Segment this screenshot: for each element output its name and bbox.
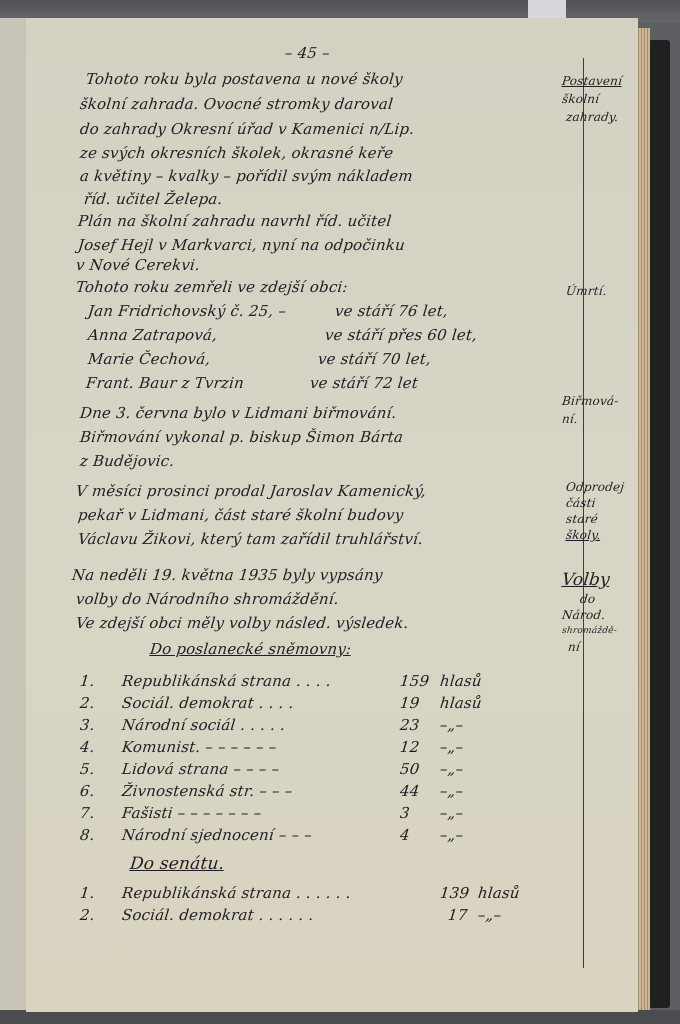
page-block-edges bbox=[636, 28, 650, 1012]
vote-count: 139 bbox=[439, 884, 470, 902]
margin-text: Úmrtí. bbox=[565, 284, 607, 298]
party-name: Republikánská strana . . . . . . bbox=[121, 884, 352, 902]
table-row: 4. Komunist. – – – – – – 12 –„– bbox=[0, 738, 560, 760]
death-name: Jan Fridrichovský č. 25, – bbox=[87, 302, 287, 320]
vote-count: 44 bbox=[399, 782, 420, 800]
death-name: Frant. Baur z Tvrzin bbox=[85, 374, 245, 392]
text-line: pekař v Lidmani, část staré školní budov… bbox=[77, 506, 404, 524]
text-line: říd. učitel Želepa. bbox=[83, 190, 223, 208]
table-row: 1. Republikánská strana . . . . 159 hlas… bbox=[0, 672, 560, 694]
text-line: Na neděli 19. května 1935 byly vypsány bbox=[71, 566, 384, 584]
table-row: 6. Živnostenská str. – – – 44 –„– bbox=[0, 782, 560, 804]
margin-text: školy. bbox=[565, 528, 601, 542]
margin-text: Národ. bbox=[561, 608, 606, 622]
party-name: Národní sjednocení – – – bbox=[121, 826, 313, 844]
text-line: Biřmování vykonal p. biskup Šimon Bárta bbox=[79, 428, 404, 446]
vote-unit: –„– bbox=[439, 760, 464, 778]
margin-text: školní bbox=[561, 92, 600, 106]
text-line: a květiny – kvalky – pořídil svým náklad… bbox=[79, 167, 414, 185]
text-line: z Budějovic. bbox=[79, 452, 175, 470]
death-name: Anna Zatrapová, bbox=[87, 326, 218, 344]
party-name: Živnostenská str. – – – bbox=[121, 782, 293, 800]
party-name: Národní sociál . . . . . bbox=[121, 716, 286, 734]
scan-background-bottom bbox=[0, 1010, 680, 1024]
text-line: Josef Hejl v Markvarci, nyní na odpočink… bbox=[77, 236, 406, 254]
deaths-intro: Tohoto roku zemřeli ve zdejší obci: bbox=[75, 278, 349, 296]
row-number: 5. bbox=[79, 760, 96, 778]
row-number: 8. bbox=[79, 826, 96, 844]
death-age: ve stáří 70 let, bbox=[317, 350, 432, 368]
table-row: 8. Národní sjednocení – – – 4 –„– bbox=[0, 826, 560, 848]
text-line: ze svých okresních školek, okrasné keře bbox=[79, 144, 394, 162]
margin-text: shromáždě- bbox=[561, 626, 617, 636]
text-line: Tohoto roku byla postavena u nové školy bbox=[85, 70, 404, 88]
table-row: 3. Národní sociál . . . . . 23 –„– bbox=[0, 716, 560, 738]
text-line: Ve zdejší obci měly volby násled. výsled… bbox=[75, 614, 410, 632]
text-line: V měsíci prosinci prodal Jaroslav Kameni… bbox=[75, 482, 427, 500]
margin-text: Postavení bbox=[561, 74, 623, 88]
vote-unit: –„– bbox=[439, 826, 464, 844]
table-row: 2. Sociál. demokrat . . . . . . 17 –„– bbox=[0, 906, 560, 928]
vote-count: 12 bbox=[399, 738, 420, 756]
party-name: Komunist. – – – – – – bbox=[121, 738, 277, 756]
chamber-heading: Do poslanecké sněmovny: bbox=[149, 640, 352, 658]
row-number: 2. bbox=[79, 694, 96, 712]
vote-unit: hlasů bbox=[477, 884, 521, 902]
text-line: Václavu Žikovi, který tam zařídil truhlá… bbox=[77, 530, 424, 548]
margin-text: zahrady. bbox=[565, 110, 619, 124]
row-number: 6. bbox=[79, 782, 96, 800]
vote-count: 23 bbox=[399, 716, 420, 734]
row-number: 1. bbox=[79, 884, 96, 902]
text-line: školní zahrada. Ovocné stromky daroval bbox=[79, 95, 394, 113]
vote-unit: hlasů bbox=[439, 672, 483, 690]
text-line: v Nové Cerekvi. bbox=[75, 256, 201, 274]
table-row: 5. Lidová strana – – – – 50 –„– bbox=[0, 760, 560, 782]
row-number: 4. bbox=[79, 738, 96, 756]
vote-unit: –„– bbox=[439, 782, 464, 800]
death-age: ve stáří přes 60 let, bbox=[324, 326, 478, 344]
death-age: ve stáří 72 let bbox=[309, 374, 419, 392]
margin-text: Biřmová- bbox=[561, 394, 619, 408]
facing-page-edge bbox=[0, 18, 28, 1014]
margin-text: Volby bbox=[561, 570, 611, 590]
table-row: 7. Fašisti – – – – – – – 3 –„– bbox=[0, 804, 560, 826]
party-name: Lidová strana – – – – bbox=[121, 760, 280, 778]
row-number: 1. bbox=[79, 672, 96, 690]
row-number: 7. bbox=[79, 804, 96, 822]
senate-heading: Do senátu. bbox=[129, 854, 225, 874]
table-row: 2. Sociál. demokrat . . . . 19 hlasů bbox=[0, 694, 560, 716]
margin-text: ní bbox=[567, 640, 580, 654]
vote-count: 4 bbox=[399, 826, 411, 844]
book-cover-edge bbox=[648, 40, 670, 1008]
text-line: Dne 3. června bylo v Lidmani biřmování. bbox=[79, 404, 398, 422]
vote-unit: –„– bbox=[439, 716, 464, 734]
vote-unit: –„– bbox=[477, 906, 502, 924]
party-name: Fašisti – – – – – – – bbox=[121, 804, 262, 822]
vote-count: 17 bbox=[447, 906, 468, 924]
death-name: Marie Čechová, bbox=[87, 350, 211, 368]
vote-count: 3 bbox=[399, 804, 411, 822]
vote-unit: –„– bbox=[439, 804, 464, 822]
margin-text: do bbox=[579, 592, 596, 606]
death-age: ve stáří 76 let, bbox=[334, 302, 449, 320]
text-line: Plán na školní zahradu navrhl říd. učite… bbox=[77, 212, 392, 230]
row-number: 2. bbox=[79, 906, 96, 924]
vote-unit: hlasů bbox=[439, 694, 483, 712]
text-line: volby do Národního shromáždění. bbox=[75, 590, 340, 608]
margin-text: Odprodej bbox=[565, 480, 625, 494]
vote-count: 19 bbox=[399, 694, 420, 712]
margin-text: části bbox=[565, 496, 596, 510]
party-name: Sociál. demokrat . . . . bbox=[121, 694, 295, 712]
archive-label-tag bbox=[528, 0, 566, 20]
text-line: do zahrady Okresní úřad v Kamenici n/Lip… bbox=[79, 120, 415, 138]
page-number: – 45 – bbox=[284, 44, 331, 62]
margin-text: staré bbox=[565, 512, 598, 526]
margin-text: ní. bbox=[561, 412, 578, 426]
table-row: 1. Republikánská strana . . . . . . 139 … bbox=[0, 884, 560, 906]
vote-unit: –„– bbox=[439, 738, 464, 756]
row-number: 3. bbox=[79, 716, 96, 734]
vote-count: 159 bbox=[399, 672, 430, 690]
party-name: Republikánská strana . . . . bbox=[121, 672, 332, 690]
party-name: Sociál. demokrat . . . . . . bbox=[121, 906, 314, 924]
vote-count: 50 bbox=[399, 760, 420, 778]
